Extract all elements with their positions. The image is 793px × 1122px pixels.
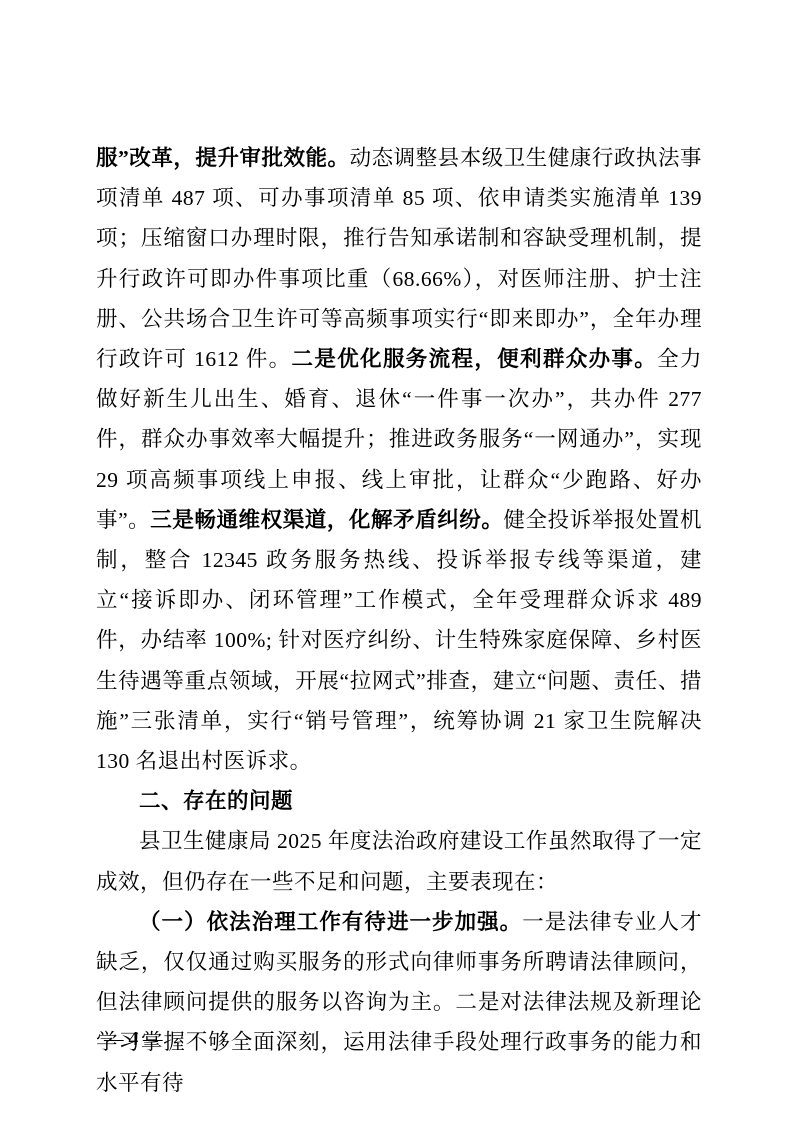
text-run-bold: 二是优化服务流程，便利群众办事。 — [292, 347, 658, 371]
paragraph: 服”改革，提升审批效能。动态调整县本级卫生健康行政执法事项清单 487 项、可办… — [96, 138, 702, 781]
text-run-bold: 三是畅通维权渠道，化解矛盾纠纷。 — [150, 508, 503, 532]
paragraph: 县卫生健康局 2025 年度法治政府建设工作虽然取得了一定成效，但仍存在一些不足… — [96, 821, 702, 901]
text-run: 健全投诉举报处置机制，整合 12345 政务服务热线、投诉举报专线等渠道，建立“… — [96, 508, 702, 773]
text-run: 全力做好新生儿出生、婚育、退休“一件事一次办”，共办件 277 件，群众办事效率… — [96, 347, 702, 532]
footer-page-number: — 4 — — [104, 1027, 163, 1053]
text-run-bold: （一）依法治理工作有待进一步加强。 — [139, 910, 522, 934]
text-run: 动态调整县本级卫生健康行政执法事项清单 487 项、可办事项清单 85 项、依申… — [96, 146, 702, 371]
document-body: 服”改革，提升审批效能。动态调整县本级卫生健康行政执法事项清单 487 项、可办… — [96, 138, 702, 1103]
paragraph: （一）依法治理工作有待进一步加强。一是法律专业人才缺乏，仅仅通过购买服务的形式向… — [96, 902, 702, 1103]
text-run: 一是法律专业人才缺乏，仅仅通过购买服务的形式向律师事务所聘请法律顾问，但法律顾问… — [96, 910, 702, 1095]
text-run: 县卫生健康局 2025 年度法治政府建设工作虽然取得了一定成效，但仍存在一些不足… — [96, 829, 702, 893]
text-run-bold: 服”改革，提升审批效能。 — [96, 146, 350, 170]
section-heading: 二、存在的问题 — [96, 781, 702, 821]
document-page: 服”改革，提升审批效能。动态调整县本级卫生健康行政执法事项清单 487 项、可办… — [0, 0, 793, 1122]
